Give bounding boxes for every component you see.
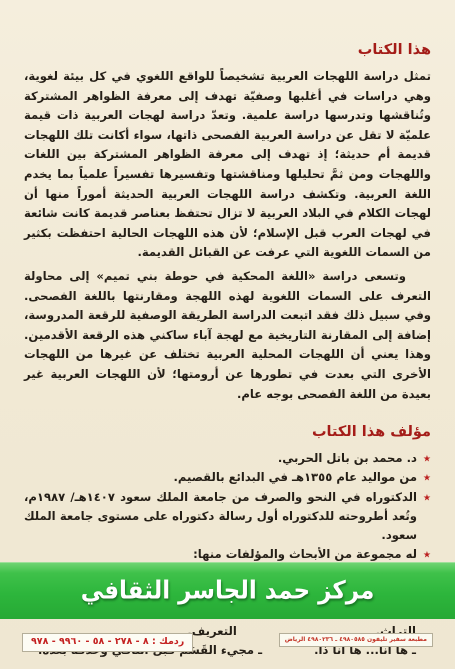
author-birth: من مواليد عام ١٣٥٥هـ في البدائع بالقصيم. <box>24 468 417 487</box>
author-bullet-birth: ٭ من مواليد عام ١٣٥٥هـ في البدائع بالقصي… <box>24 468 431 487</box>
star-bullet-icon: ٭ <box>423 449 431 468</box>
about-book-heading: هذا الكتاب <box>24 42 431 58</box>
printer-credit: مطبعة سفير تليفون ٤٩٨٠٥٨٥ ـ ٤٩٨٠٢٣٦ الري… <box>279 633 433 647</box>
about-paragraph-2: وتسعى دراسة «اللغة المحكية في حوطة بني ت… <box>24 267 431 404</box>
book-back-cover: هذا الكتاب تمثل دراسة اللهجات العربية تش… <box>0 0 455 669</box>
author-heading: مؤلف هذا الكتاب <box>24 424 431 440</box>
publisher-banner: مركز حمد الجاسر الثقافي <box>0 562 455 619</box>
author-bullet-name: ٭ د. محمد بن باتل الحربي. <box>24 449 431 468</box>
star-bullet-icon: ٭ <box>423 488 431 507</box>
author-bullet-phd: ٭ الدكتوراه في النحو والصرف من جامعة الم… <box>24 488 431 546</box>
footer-row: مطبعة سفير تليفون ٤٩٨٠٥٨٥ ـ ٤٩٨٠٢٣٦ الري… <box>22 633 433 652</box>
author-name: د. محمد بن باتل الحربي. <box>24 449 417 468</box>
about-paragraph-1: تمثل دراسة اللهجات العربية تشخيصاً للواق… <box>24 67 431 263</box>
star-bullet-icon: ٭ <box>423 468 431 487</box>
author-section: مؤلف هذا الكتاب ٭ د. محمد بن باتل الحربي… <box>24 424 431 660</box>
author-phd: الدكتوراه في النحو والصرف من جامعة الملك… <box>24 488 417 546</box>
publisher-calligraphy: مركز حمد الجاسر الثقافي <box>81 577 375 605</box>
isbn-label: ردمك : ٨ - ٢٧٨ - ٥٨ - ٩٩٦٠ - ٩٧٨ <box>22 633 193 652</box>
